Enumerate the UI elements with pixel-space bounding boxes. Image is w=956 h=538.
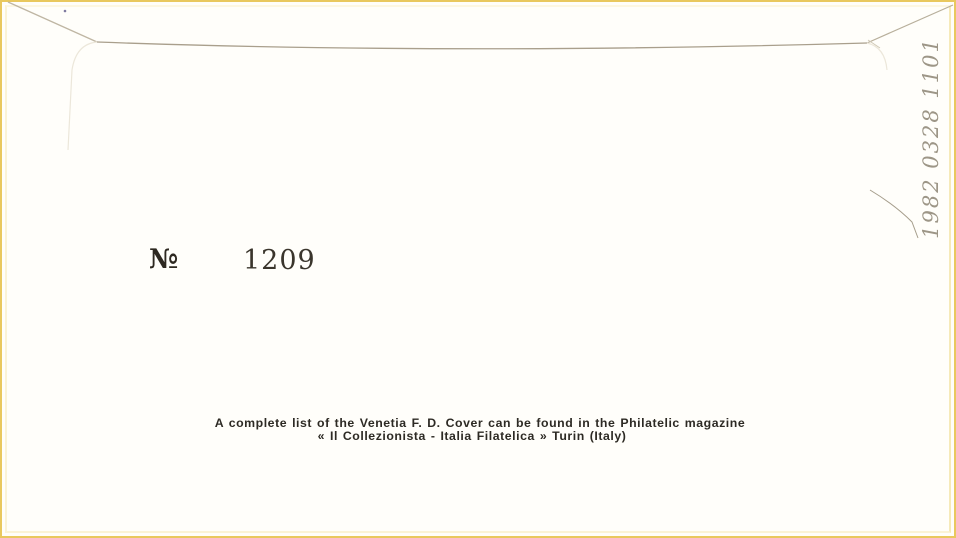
catalog-note-line-2: « Il Collezionista - Italia Filatelica »… — [0, 430, 950, 443]
number-sign: № — [149, 244, 177, 275]
envelope-flap-lines — [0, 0, 956, 538]
handwritten-annotation-text: 1982 0328 1101 — [919, 37, 943, 239]
catalog-note: A complete list of the Venetia F. D. Cov… — [0, 417, 956, 443]
cover-number: 1209 — [243, 245, 316, 276]
handwritten-annotation: 1982 0328 1101 — [916, 30, 946, 245]
